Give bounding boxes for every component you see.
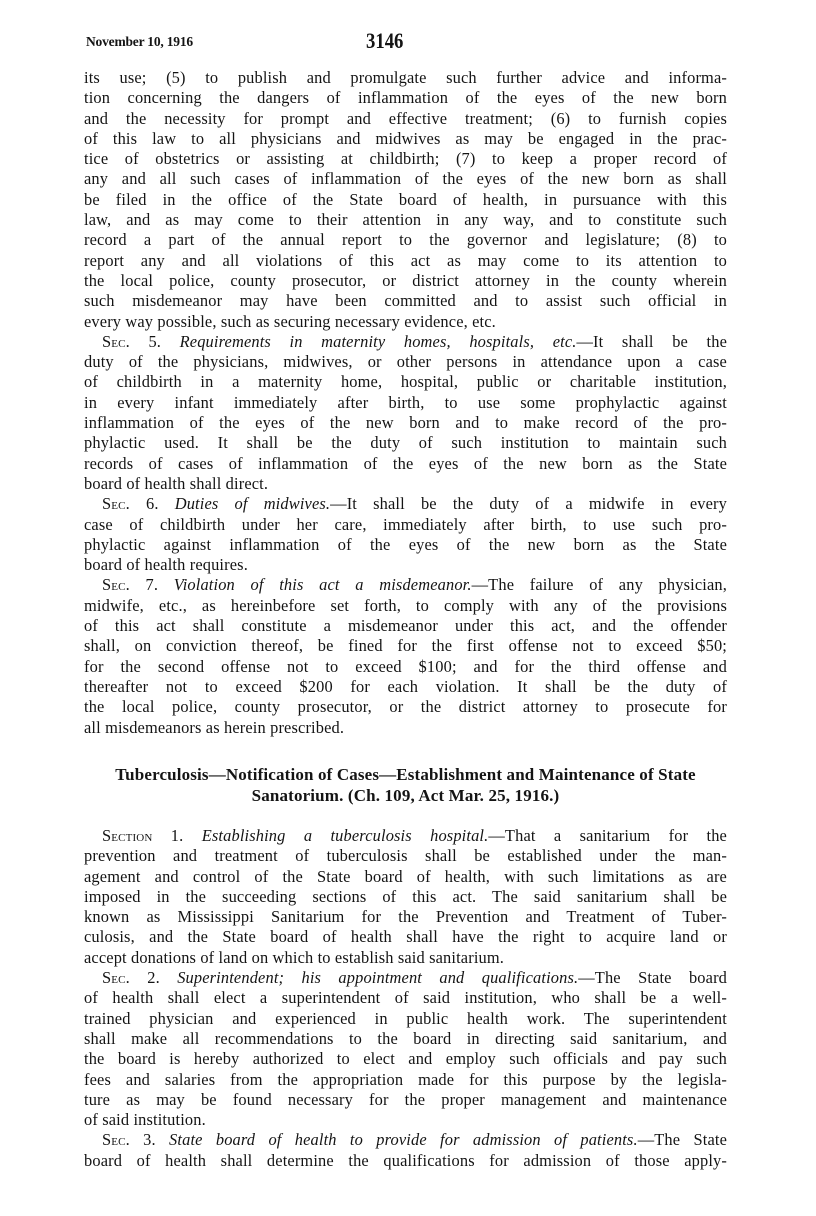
- text-line: case of childbirth under her care, immed…: [84, 515, 727, 535]
- text-line: agement and control of the State board o…: [84, 867, 727, 887]
- text-line: board of health shall determine the qual…: [84, 1151, 727, 1171]
- section-text: —It shall be the: [577, 332, 728, 351]
- text-line: prevention and treatment of tuberculosis…: [84, 846, 727, 866]
- text-line: accept donations of land on which to est…: [84, 948, 727, 968]
- text-line: every way possible, such as securing nec…: [84, 312, 727, 332]
- section-1: Section 1. Establishing a tuberculosis h…: [84, 826, 727, 968]
- text-line: in every infant immediately after birth,…: [84, 393, 727, 413]
- text-line: fees and salaries from the appropriation…: [84, 1070, 727, 1090]
- section-label: Sec. 6.: [102, 494, 159, 513]
- text-line: tice of obstetrics or assisting at child…: [84, 149, 727, 169]
- text-line: for the second offense not to exceed $10…: [84, 657, 727, 677]
- text-line: known as Mississippi Sanitarium for the …: [84, 907, 727, 927]
- text-line: trained physician and experienced in pub…: [84, 1009, 727, 1029]
- header-date: November 10, 1916: [86, 34, 193, 50]
- text-line: of health shall elect a superintendent o…: [84, 988, 727, 1008]
- section-heading: Establishing a tuberculosis hospital.: [202, 826, 489, 845]
- section-text: —The failure of any physician,: [472, 575, 727, 594]
- section-label: Sec. 2.: [102, 968, 160, 987]
- tuberculosis-act-text: Section 1. Establishing a tuberculosis h…: [84, 826, 727, 1171]
- act-title: Tuberculosis—Notification of Cases—Estab…: [84, 765, 727, 806]
- section-label: Sec. 5.: [102, 332, 161, 351]
- section-first-line: Sec. 7. Violation of this act a misdemea…: [84, 575, 727, 595]
- text-line: the local police, county prosecutor, or …: [84, 271, 727, 291]
- act-title-line: Sanatorium. (Ch. 109, Act Mar. 25, 1916.…: [84, 786, 727, 807]
- text-line: law, and as may come to their attention …: [84, 210, 727, 230]
- text-line: of this act shall constitute a misdemean…: [84, 616, 727, 636]
- section-heading: Superintendent; his appointment and qual…: [177, 968, 578, 987]
- text-line: records of cases of inflammation of the …: [84, 454, 727, 474]
- text-line: culosis, and the State board of health s…: [84, 927, 727, 947]
- section-label: Section 1.: [102, 826, 183, 845]
- text-line: tion concerning the dangers of inflammat…: [84, 88, 727, 108]
- text-line: the local police, county prosecutor, or …: [84, 697, 727, 717]
- text-line: of this law to all physicians and midwiv…: [84, 129, 727, 149]
- section-text: —That a sanitarium for the: [488, 826, 727, 845]
- section-first-line: Sec. 6. Duties of midwives.—It shall be …: [84, 494, 727, 514]
- text-line: inflammation of the eyes of the new born…: [84, 413, 727, 433]
- section-label: Sec. 3.: [102, 1130, 156, 1149]
- text-line: of childbirth in a maternity home, hospi…: [84, 372, 727, 392]
- section-label: Sec. 7.: [102, 575, 158, 594]
- section-first-line: Section 1. Establishing a tuberculosis h…: [84, 826, 727, 846]
- section-3: Sec. 3. State board of health to provide…: [84, 1130, 727, 1171]
- text-line: record a part of the annual report to th…: [84, 230, 727, 250]
- text-line: shall make all recommendations to the bo…: [84, 1029, 727, 1049]
- section-first-line: Sec. 5. Requirements in maternity homes,…: [84, 332, 727, 352]
- text-line: board of health requires.: [84, 555, 727, 575]
- text-line: phylactic used. It shall be the duty of …: [84, 433, 727, 453]
- section-2: Sec. 2. Superintendent; his appointment …: [84, 968, 727, 1130]
- text-line: midwife, etc., as hereinbefore set forth…: [84, 596, 727, 616]
- section-heading: Violation of this act a misdemeanor.: [174, 575, 472, 594]
- text-line: of said institution.: [84, 1110, 727, 1130]
- page-header: November 10, 1916 3146: [84, 30, 727, 54]
- text-line: board of health shall direct.: [84, 474, 727, 494]
- section-text: —It shall be the duty of a midwife in ev…: [330, 494, 727, 513]
- text-line: ture as may be found necessary for the p…: [84, 1090, 727, 1110]
- text-line: its use; (5) to publish and promulgate s…: [84, 68, 727, 88]
- header-page-number: 3146: [366, 28, 403, 54]
- text-line: any and all such cases of inflammation o…: [84, 169, 727, 189]
- text-line: the board is hereby authorized to elect …: [84, 1049, 727, 1069]
- text-line: phylactic against inflammation of the ey…: [84, 535, 727, 555]
- act-title-line: Tuberculosis—Notification of Cases—Estab…: [84, 765, 727, 786]
- section-heading: State board of health to provide for adm…: [169, 1130, 638, 1149]
- section-heading: Duties of midwives.: [175, 494, 330, 513]
- section-7: Sec. 7. Violation of this act a misdemea…: [84, 575, 727, 737]
- text-line: duty of the physicians, midwives, or oth…: [84, 352, 727, 372]
- continued-act-text: its use; (5) to publish and promulgate s…: [84, 68, 727, 738]
- text-line: shall, on conviction thereof, be fined f…: [84, 636, 727, 656]
- section-first-line: Sec. 2. Superintendent; his appointment …: [84, 968, 727, 988]
- text-line: be filed in the office of the State boar…: [84, 190, 727, 210]
- text-line: such misdemeanor may have been committed…: [84, 291, 727, 311]
- text-line: imposed in the succeeding sections of th…: [84, 887, 727, 907]
- text-line: report any and all violations of this ac…: [84, 251, 727, 271]
- section-text: —The State: [638, 1130, 727, 1149]
- section-6: Sec. 6. Duties of midwives.—It shall be …: [84, 494, 727, 575]
- text-line: thereafter not to exceed $200 for each v…: [84, 677, 727, 697]
- section-text: —The State board: [578, 968, 727, 987]
- text-line: and the necessity for prompt and effecti…: [84, 109, 727, 129]
- section-5: Sec. 5. Requirements in maternity homes,…: [84, 332, 727, 494]
- text-line: all misdemeanors as herein prescribed.: [84, 718, 727, 738]
- section-heading: Requirements in maternity homes, hospita…: [180, 332, 577, 351]
- section-first-line: Sec. 3. State board of health to provide…: [84, 1130, 727, 1150]
